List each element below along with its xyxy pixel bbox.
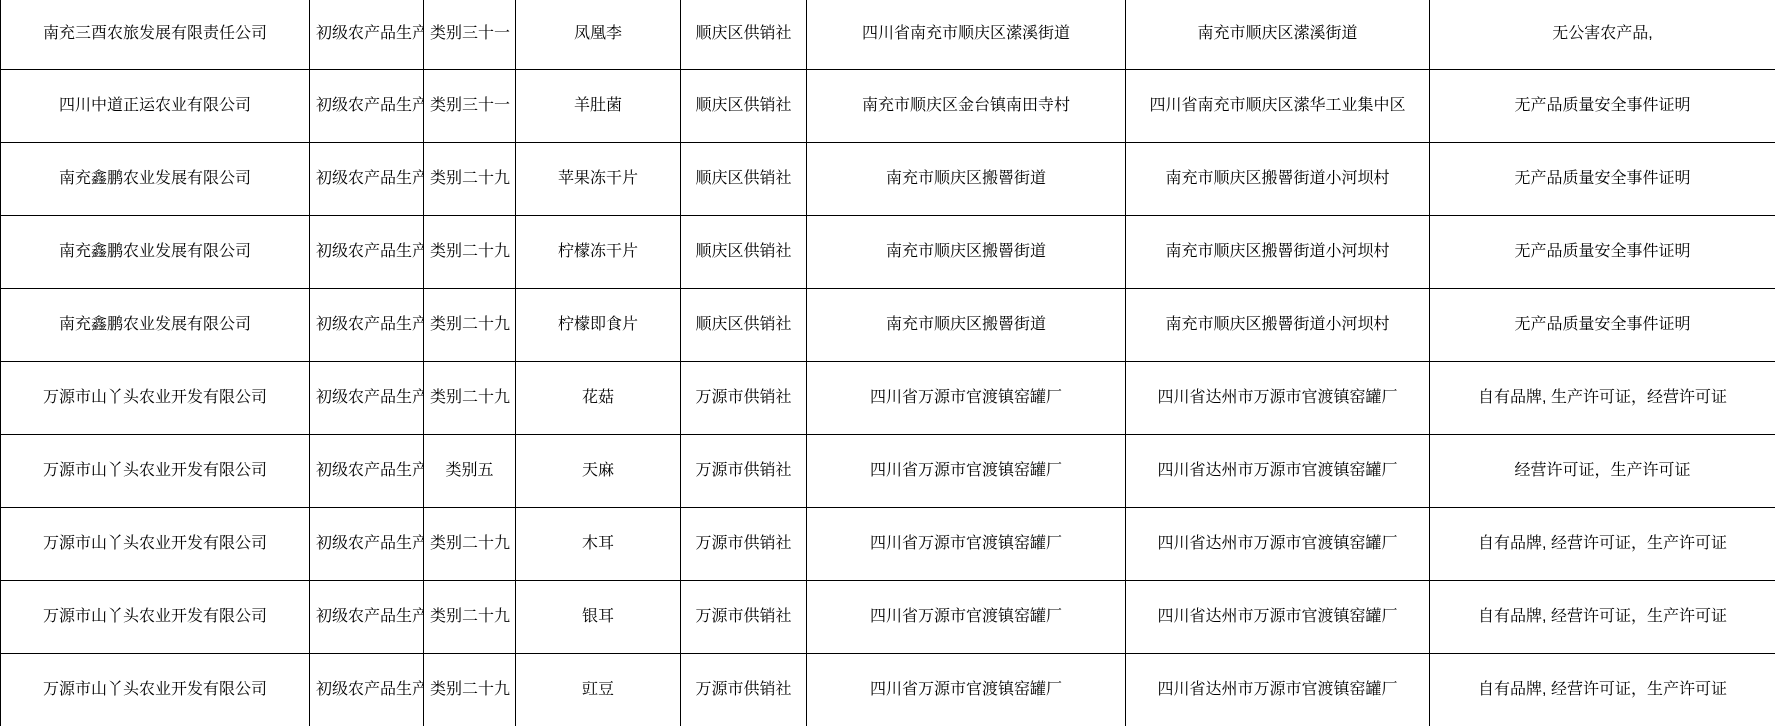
- cell-company-name: 万源市山丫头农业开发有限公司: [1, 580, 310, 653]
- cell-product-name: 羊肚菌: [516, 69, 681, 142]
- cell-production-type: 初级农产品生产: [310, 288, 424, 361]
- cell-cooperative: 万源市供销社: [681, 580, 807, 653]
- cell-production-type: 初级农产品生产: [310, 69, 424, 142]
- cell-cooperative: 万源市供销社: [681, 434, 807, 507]
- cell-category: 类别二十九: [424, 507, 516, 580]
- cell-product-name: 天麻: [516, 434, 681, 507]
- cell-production-address: 南充市顺庆区搬罾街道: [807, 215, 1126, 288]
- cell-certification-notes: 无产品质量安全事件证明: [1430, 215, 1775, 288]
- cell-company-name: 万源市山丫头农业开发有限公司: [1, 361, 310, 434]
- cell-cooperative: 顺庆区供销社: [681, 288, 807, 361]
- cell-certification-notes: 自有品牌, 生产许可证，经营许可证: [1430, 361, 1775, 434]
- cell-registered-address: 南充市顺庆区潆溪街道: [1126, 0, 1430, 69]
- cell-registered-address: 四川省达州市万源市官渡镇窑罐厂: [1126, 361, 1430, 434]
- cell-registered-address: 四川省达州市万源市官渡镇窑罐厂: [1126, 653, 1430, 726]
- cell-production-address: 四川省万源市官渡镇窑罐厂: [807, 361, 1126, 434]
- cell-product-name: 柠檬即食片: [516, 288, 681, 361]
- cell-certification-notes: 无公害农产品,: [1430, 0, 1775, 69]
- cell-production-type: 初级农产品生产: [310, 580, 424, 653]
- cell-company-name: 南充鑫鹏农业发展有限公司: [1, 142, 310, 215]
- cell-registered-address: 南充市顺庆区搬罾街道小河坝村: [1126, 288, 1430, 361]
- cell-category: 类别二十九: [424, 653, 516, 726]
- cell-production-address: 四川省万源市官渡镇窑罐厂: [807, 580, 1126, 653]
- cell-registered-address: 南充市顺庆区搬罾街道小河坝村: [1126, 215, 1430, 288]
- cell-company-name: 四川中道正运农业有限公司: [1, 69, 310, 142]
- cell-certification-notes: 自有品牌, 经营许可证，生产许可证: [1430, 507, 1775, 580]
- cell-category: 类别二十九: [424, 580, 516, 653]
- table-row: 万源市山丫头农业开发有限公司初级农产品生产类别二十九豇豆万源市供销社四川省万源市…: [1, 653, 1775, 726]
- cell-company-name: 南充鑫鹏农业发展有限公司: [1, 288, 310, 361]
- cell-production-address: 四川省南充市顺庆区潆溪街道: [807, 0, 1126, 69]
- cell-certification-notes: 自有品牌, 经营许可证，生产许可证: [1430, 653, 1775, 726]
- cell-product-name: 柠檬冻干片: [516, 215, 681, 288]
- cell-registered-address: 四川省达州市万源市官渡镇窑罐厂: [1126, 580, 1430, 653]
- cell-certification-notes: 无产品质量安全事件证明: [1430, 288, 1775, 361]
- cell-company-name: 万源市山丫头农业开发有限公司: [1, 653, 310, 726]
- table-row: 万源市山丫头农业开发有限公司初级农产品生产类别二十九木耳万源市供销社四川省万源市…: [1, 507, 1775, 580]
- cell-certification-notes: 经营许可证，生产许可证: [1430, 434, 1775, 507]
- cell-category: 类别三十一: [424, 0, 516, 69]
- cell-cooperative: 万源市供销社: [681, 653, 807, 726]
- table-row: 四川中道正运农业有限公司初级农产品生产类别三十一羊肚菌顺庆区供销社南充市顺庆区金…: [1, 69, 1775, 142]
- cell-product-name: 凤凰李: [516, 0, 681, 69]
- cell-production-type: 初级农产品生产: [310, 653, 424, 726]
- cell-registered-address: 南充市顺庆区搬罾街道小河坝村: [1126, 142, 1430, 215]
- cell-production-type: 初级农产品生产: [310, 142, 424, 215]
- table-row: 南充三酉农旅发展有限责任公司初级农产品生产类别三十一凤凰李顺庆区供销社四川省南充…: [1, 0, 1775, 69]
- cell-production-type: 初级农产品生产: [310, 0, 424, 69]
- table-row: 万源市山丫头农业开发有限公司初级农产品生产类别五天麻万源市供销社四川省万源市官渡…: [1, 434, 1775, 507]
- cell-product-name: 木耳: [516, 507, 681, 580]
- cell-company-name: 南充鑫鹏农业发展有限公司: [1, 215, 310, 288]
- table-row: 南充鑫鹏农业发展有限公司初级农产品生产类别二十九苹果冻干片顺庆区供销社南充市顺庆…: [1, 142, 1775, 215]
- cell-product-name: 银耳: [516, 580, 681, 653]
- table-row: 万源市山丫头农业开发有限公司初级农产品生产类别二十九银耳万源市供销社四川省万源市…: [1, 580, 1775, 653]
- table-row: 万源市山丫头农业开发有限公司初级农产品生产类别二十九花菇万源市供销社四川省万源市…: [1, 361, 1775, 434]
- cell-company-name: 万源市山丫头农业开发有限公司: [1, 507, 310, 580]
- cell-production-address: 南充市顺庆区搬罾街道: [807, 142, 1126, 215]
- cell-production-address: 四川省万源市官渡镇窑罐厂: [807, 507, 1126, 580]
- cell-production-type: 初级农产品生产: [310, 434, 424, 507]
- cell-certification-notes: 无产品质量安全事件证明: [1430, 142, 1775, 215]
- cell-category: 类别二十九: [424, 215, 516, 288]
- cell-production-type: 初级农产品生产: [310, 361, 424, 434]
- cell-category: 类别五: [424, 434, 516, 507]
- cell-certification-notes: 无产品质量安全事件证明: [1430, 69, 1775, 142]
- cell-company-name: 万源市山丫头农业开发有限公司: [1, 434, 310, 507]
- cell-registered-address: 四川省达州市万源市官渡镇窑罐厂: [1126, 507, 1430, 580]
- cell-production-address: 南充市顺庆区金台镇南田寺村: [807, 69, 1126, 142]
- cell-cooperative: 万源市供销社: [681, 361, 807, 434]
- cell-cooperative: 顺庆区供销社: [681, 0, 807, 69]
- cell-category: 类别二十九: [424, 361, 516, 434]
- cell-production-address: 南充市顺庆区搬罾街道: [807, 288, 1126, 361]
- cell-company-name: 南充三酉农旅发展有限责任公司: [1, 0, 310, 69]
- cell-registered-address: 四川省南充市顺庆区潆华工业集中区: [1126, 69, 1430, 142]
- cell-product-name: 豇豆: [516, 653, 681, 726]
- table-body: 南充三酉农旅发展有限责任公司初级农产品生产类别三十一凤凰李顺庆区供销社四川省南充…: [1, 0, 1775, 726]
- table-row: 南充鑫鹏农业发展有限公司初级农产品生产类别二十九柠檬即食片顺庆区供销社南充市顺庆…: [1, 288, 1775, 361]
- cell-category: 类别二十九: [424, 142, 516, 215]
- cell-registered-address: 四川省达州市万源市官渡镇窑罐厂: [1126, 434, 1430, 507]
- table-row: 南充鑫鹏农业发展有限公司初级农产品生产类别二十九柠檬冻干片顺庆区供销社南充市顺庆…: [1, 215, 1775, 288]
- cell-category: 类别三十一: [424, 69, 516, 142]
- cell-cooperative: 顺庆区供销社: [681, 215, 807, 288]
- cell-product-name: 花菇: [516, 361, 681, 434]
- cell-product-name: 苹果冻干片: [516, 142, 681, 215]
- cell-production-type: 初级农产品生产: [310, 507, 424, 580]
- cell-certification-notes: 自有品牌, 经营许可证，生产许可证: [1430, 580, 1775, 653]
- cell-category: 类别二十九: [424, 288, 516, 361]
- producer-records-table: 南充三酉农旅发展有限责任公司初级农产品生产类别三十一凤凰李顺庆区供销社四川省南充…: [0, 0, 1775, 726]
- cell-cooperative: 万源市供销社: [681, 507, 807, 580]
- cell-production-type: 初级农产品生产: [310, 215, 424, 288]
- cell-production-address: 四川省万源市官渡镇窑罐厂: [807, 434, 1126, 507]
- cell-cooperative: 顺庆区供销社: [681, 69, 807, 142]
- cell-cooperative: 顺庆区供销社: [681, 142, 807, 215]
- cell-production-address: 四川省万源市官渡镇窑罐厂: [807, 653, 1126, 726]
